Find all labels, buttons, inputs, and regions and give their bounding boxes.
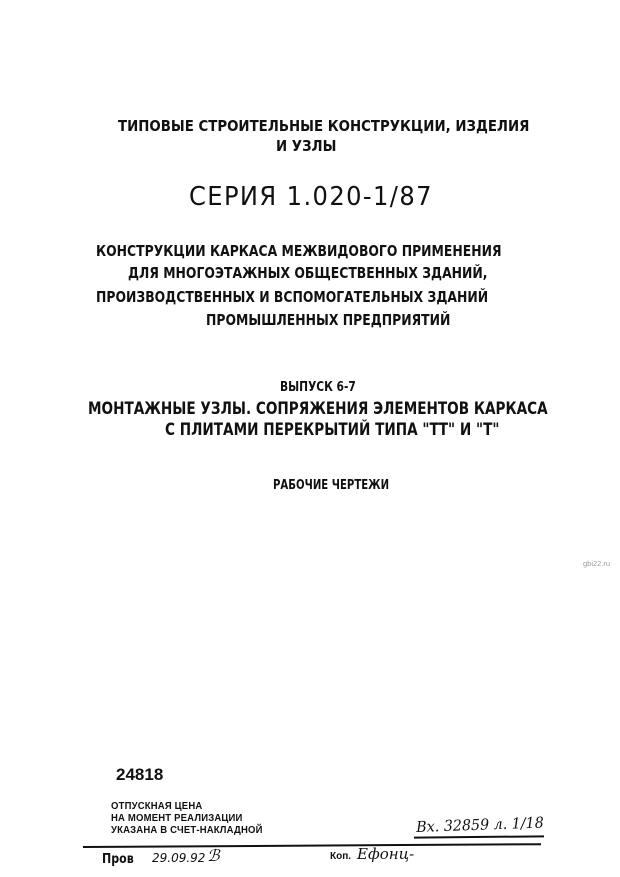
price-note-line-3: УКАЗАНА В СЧЕТ-НАКЛАДНОЙ [111, 826, 263, 836]
footer-divider [83, 843, 541, 848]
series-title: СЕРИЯ 1.020-1/87 [189, 184, 433, 210]
price-note-line-1: ОТПУСКНАЯ ЦЕНА [111, 802, 202, 812]
watermark: gbi22.ru [583, 560, 610, 568]
subtitle-line-1: МОНТАЖНЫЕ УЗЛЫ. СОПРЯЖЕНИЯ ЭЛЕМЕНТОВ КАР… [88, 401, 548, 418]
issue-number: ВЫПУСК 6-7 [280, 381, 356, 394]
document-type: РАБОЧИЕ ЧЕРТЕЖИ [273, 479, 389, 492]
document-number: 24818 [116, 766, 163, 783]
copied-label: Коп. [330, 852, 351, 862]
checker-signature: ℬ [207, 848, 220, 864]
title-line-4: ПРОМЫШЛЕННЫХ ПРЕДПРИЯТИЙ [206, 313, 450, 329]
title-line-2: ДЛЯ МНОГОЭТАЖНЫХ ОБЩЕСТВЕННЫХ ЗДАНИЙ, [128, 266, 488, 282]
inventory-underline [414, 835, 544, 838]
inventory-note: Вх. 32859 л. 1/18 [416, 816, 544, 835]
copier-signature: Ефонц- [357, 847, 414, 862]
subtitle-line-2: С ПЛИТАМИ ПЕРЕКРЫТИЙ ТИПА "ТТ" И "Т" [165, 422, 499, 439]
checked-label: Пров [102, 853, 134, 866]
checked-date: 29.09.92 [152, 852, 205, 864]
header-line-2: И УЗЛЫ [276, 139, 336, 155]
title-line-3: ПРОИЗВОДСТВЕННЫХ И ВСПОМОГАТЕЛЬНЫХ ЗДАНИ… [96, 290, 488, 306]
header-line-1: ТИПОВЫЕ СТРОИТЕЛЬНЫЕ КОНСТРУКЦИИ, ИЗДЕЛИ… [118, 119, 498, 135]
price-note-line-2: НА МОМЕНТ РЕАЛИЗАЦИИ [111, 814, 243, 824]
title-line-1: КОНСТРУКЦИИ КАРКАСА МЕЖВИДОВОГО ПРИМЕНЕН… [96, 244, 502, 260]
